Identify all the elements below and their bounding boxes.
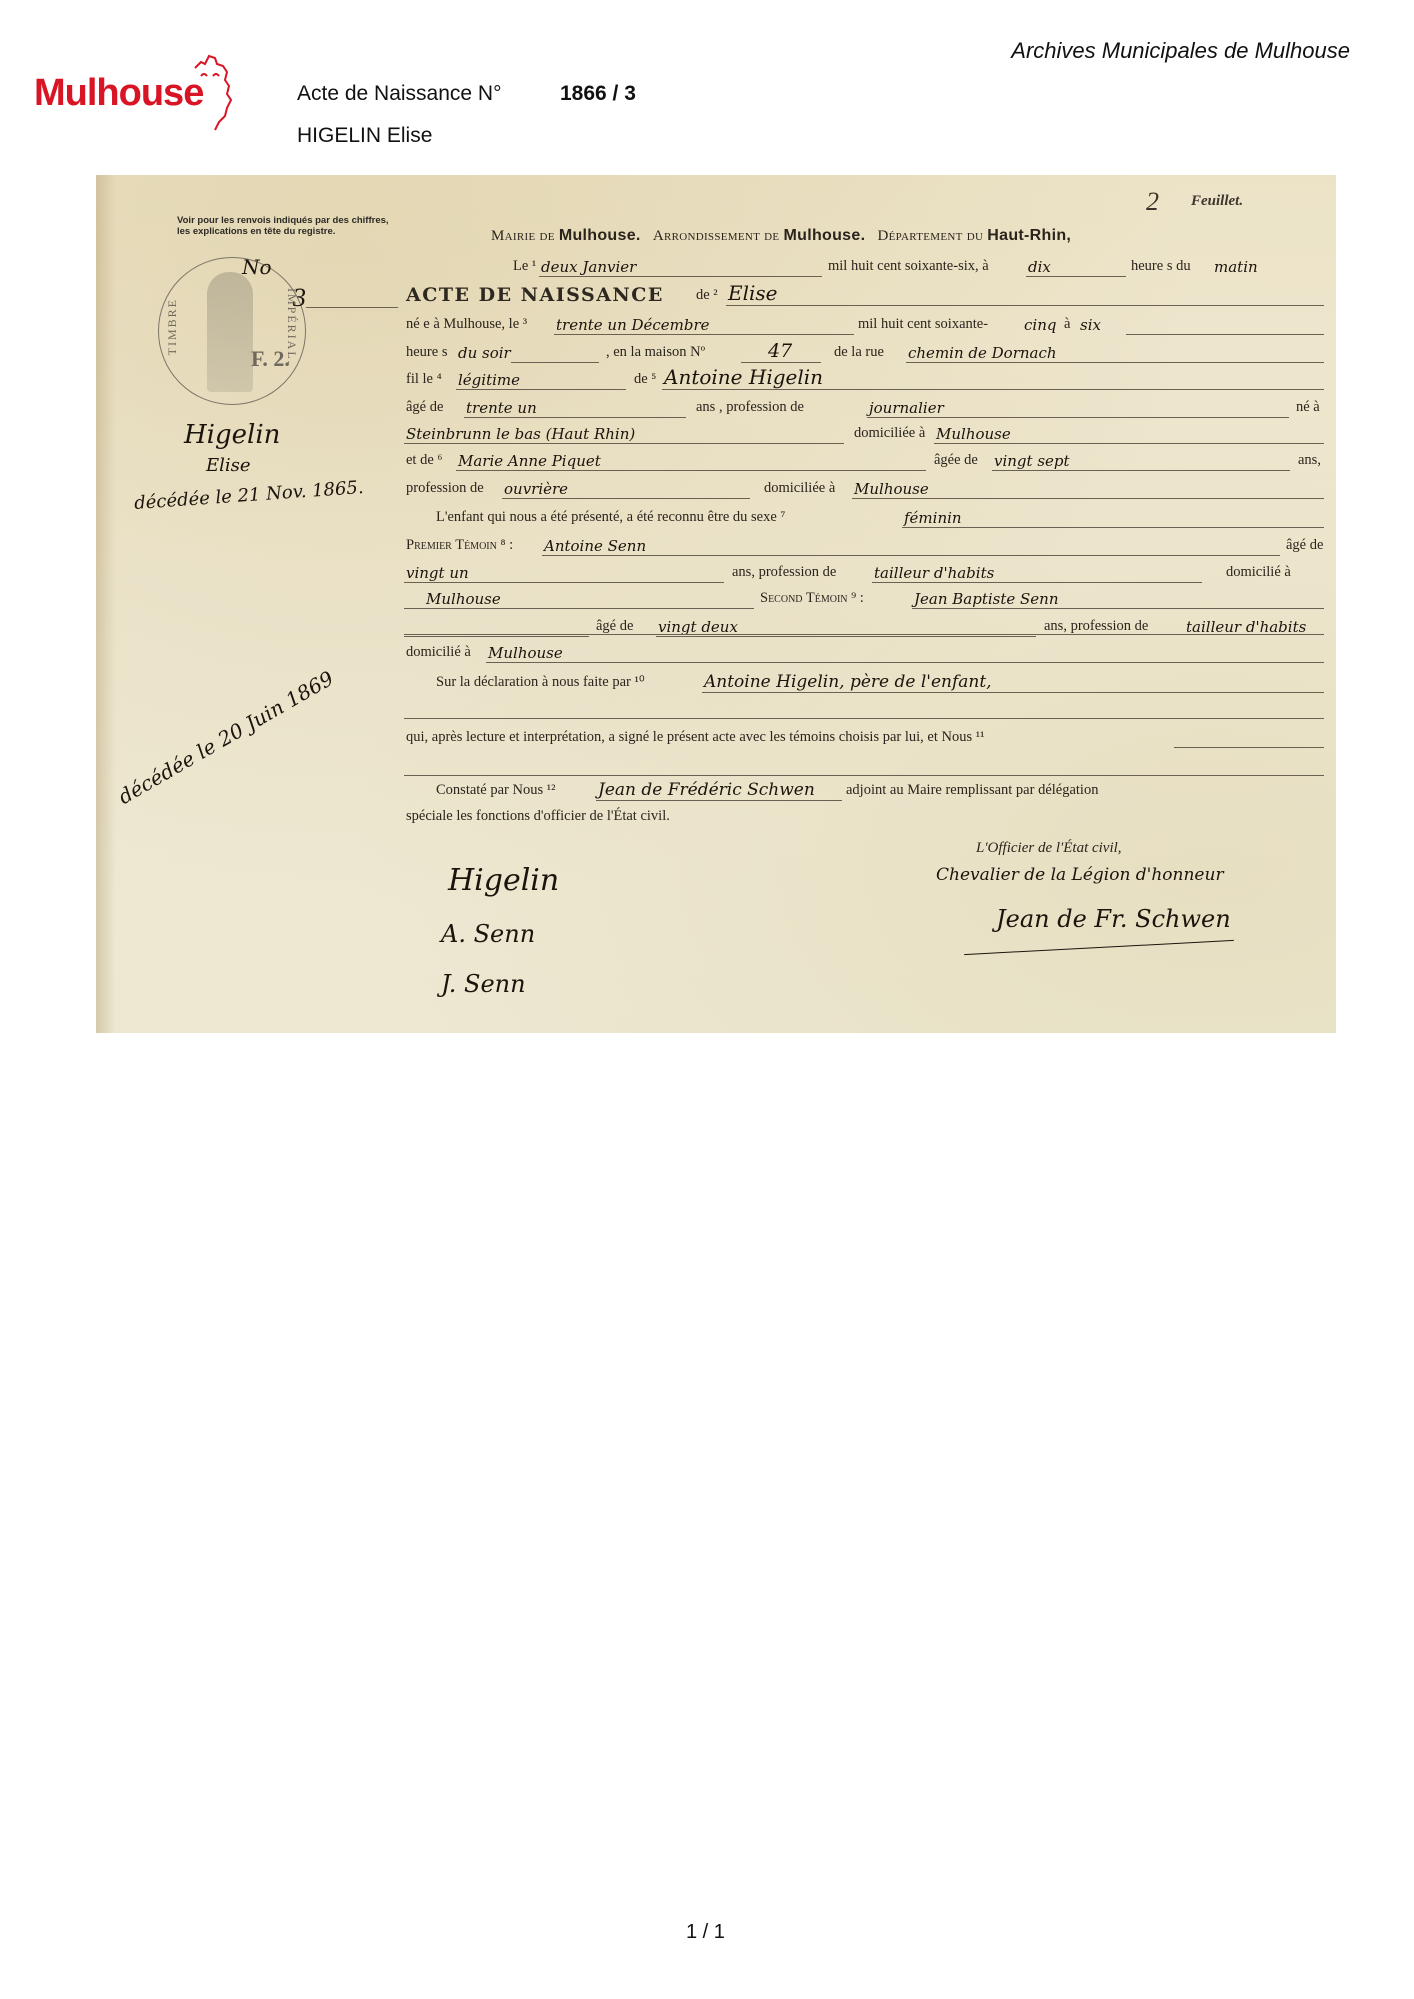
row-officer-function: spéciale les fonctions d'officier de l'É… <box>396 803 1336 829</box>
feuillet-label: Feuillet. <box>1191 193 1243 210</box>
feuillet-number: 2 <box>1146 187 1159 217</box>
acte-label: Acte de Naissance N° <box>297 82 502 106</box>
hw-declarant: Antoine Higelin, père de l'enfant, <box>704 672 992 692</box>
hw-child-name: Elise <box>728 281 778 305</box>
row-first-witness: Premier Témoin ⁸ : Antoine Senn âgé de <box>396 532 1336 558</box>
mairie-city: Mulhouse. <box>559 227 641 244</box>
row-date: Le ¹ deux Janvier mil huit cent soixante… <box>396 253 1336 279</box>
page-indicator: 1 / 1 <box>686 1921 725 1944</box>
row-father: fil le ⁴ légitime de ⁵ Antoine Higelin <box>396 366 1336 392</box>
hw-mother-name: Marie Anne Piquet <box>458 452 601 470</box>
hw-officer-name: Jean de Frédéric Schwen <box>598 780 815 800</box>
paper-edge <box>96 175 116 1033</box>
row-first-witness-age: vingt un ans, profession de tailleur d'h… <box>396 559 1336 585</box>
ordinal-no: No <box>242 255 272 279</box>
mulhouse-logo: Mulhouse <box>34 54 234 134</box>
imperial-stamp: TIMBRE IMPÉRIAL. F. 2. <box>158 257 306 405</box>
row-second-witness: Mulhouse Second Témoin ⁹ : Jean Baptiste… <box>396 585 1336 611</box>
row-second-witness-age: âgé de vingt deux ans, profession de tai… <box>396 613 1336 639</box>
margin-death-note: décédée le 21 Nov. 1865. <box>134 477 365 514</box>
row-officer: Constaté par Nous ¹² Jean de Frédéric Sc… <box>396 777 1336 803</box>
person-name: HIGELIN Elise <box>297 124 432 148</box>
row-mother-profession: profession de ouvrière domiciliée à Mulh… <box>396 475 1336 501</box>
margin-death-note-2: décédée le 20 Juin 1869 <box>114 666 338 809</box>
signature-flourish <box>964 940 1234 955</box>
logo-text: Mulhouse <box>34 72 203 115</box>
stamp-left-text: TIMBRE <box>165 298 180 355</box>
row-house: heure s du soir , en la maison Nº 47 de … <box>396 339 1336 365</box>
margin-name: Higelin <box>184 420 280 450</box>
arrondissement-city: Mulhouse. <box>784 227 866 244</box>
archive-title: Archives Municipales de Mulhouse <box>1011 38 1350 64</box>
mairie-prefix: Mairie de <box>491 228 555 244</box>
row-declaration-line <box>396 695 1336 721</box>
signature-witness-1: A. Senn <box>441 920 535 948</box>
acte-number: 1866 / 3 <box>560 82 636 106</box>
row-declaration: Sur la déclaration à nous faite par ¹⁰ A… <box>396 669 1336 695</box>
ordinal-value: 3 <box>293 283 306 313</box>
logo-map-outline-icon <box>189 54 235 134</box>
row-mother: et de ⁶ Marie Anne Piquet âgée de vingt … <box>396 447 1336 473</box>
signature-declarant: Higelin <box>448 863 559 898</box>
mairie-header: Mairie de Mulhouse. Arrondissement de Mu… <box>491 227 1071 245</box>
officer-signature: Jean de Fr. Schwen <box>996 905 1231 933</box>
row-reading-line <box>396 752 1336 778</box>
officer-label: L'Officier de l'État civil, <box>976 840 1122 857</box>
row-child-sex: L'enfant qui nous a été présenté, a été … <box>396 504 1336 530</box>
hw-father-name: Antoine Higelin <box>664 365 823 389</box>
hw-date: deux Janvier <box>541 258 636 276</box>
justice-figure-icon <box>207 272 253 392</box>
stamp-value: F. 2. <box>251 346 290 372</box>
row-father-birthplace: Steinbrunn le bas (Haut Rhin) domiciliée… <box>396 420 1336 446</box>
ordinal-line <box>306 307 398 308</box>
arrondissement-prefix: Arrondissement de <box>653 228 780 244</box>
row-father-age: âgé de trente un ans , profession de jou… <box>396 394 1336 420</box>
acte-title: ACTE DE NAISSANCE <box>406 284 664 306</box>
signature-witness-2: J. Senn <box>441 970 526 998</box>
row-reading: qui, après lecture et interprétation, a … <box>396 724 1336 750</box>
register-note: Voir pour les renvois indiqués par des c… <box>177 215 402 237</box>
departement-name: Haut-Rhin, <box>987 227 1071 244</box>
officer-title-handwritten: Chevalier de la Légion d'honneur <box>936 865 1224 885</box>
row-birth-date: né e à Mulhouse, le ³ trente un Décembre… <box>396 311 1336 337</box>
row-acte-title: ACTE DE NAISSANCE de ² Elise <box>396 282 1336 308</box>
departement-prefix: Département du <box>877 228 983 244</box>
row-second-witness-domicile: domicilié à Mulhouse <box>396 639 1336 665</box>
scanned-birth-certificate: Voir pour les renvois indiqués par des c… <box>96 175 1336 1033</box>
margin-firstname: Elise <box>206 455 251 476</box>
